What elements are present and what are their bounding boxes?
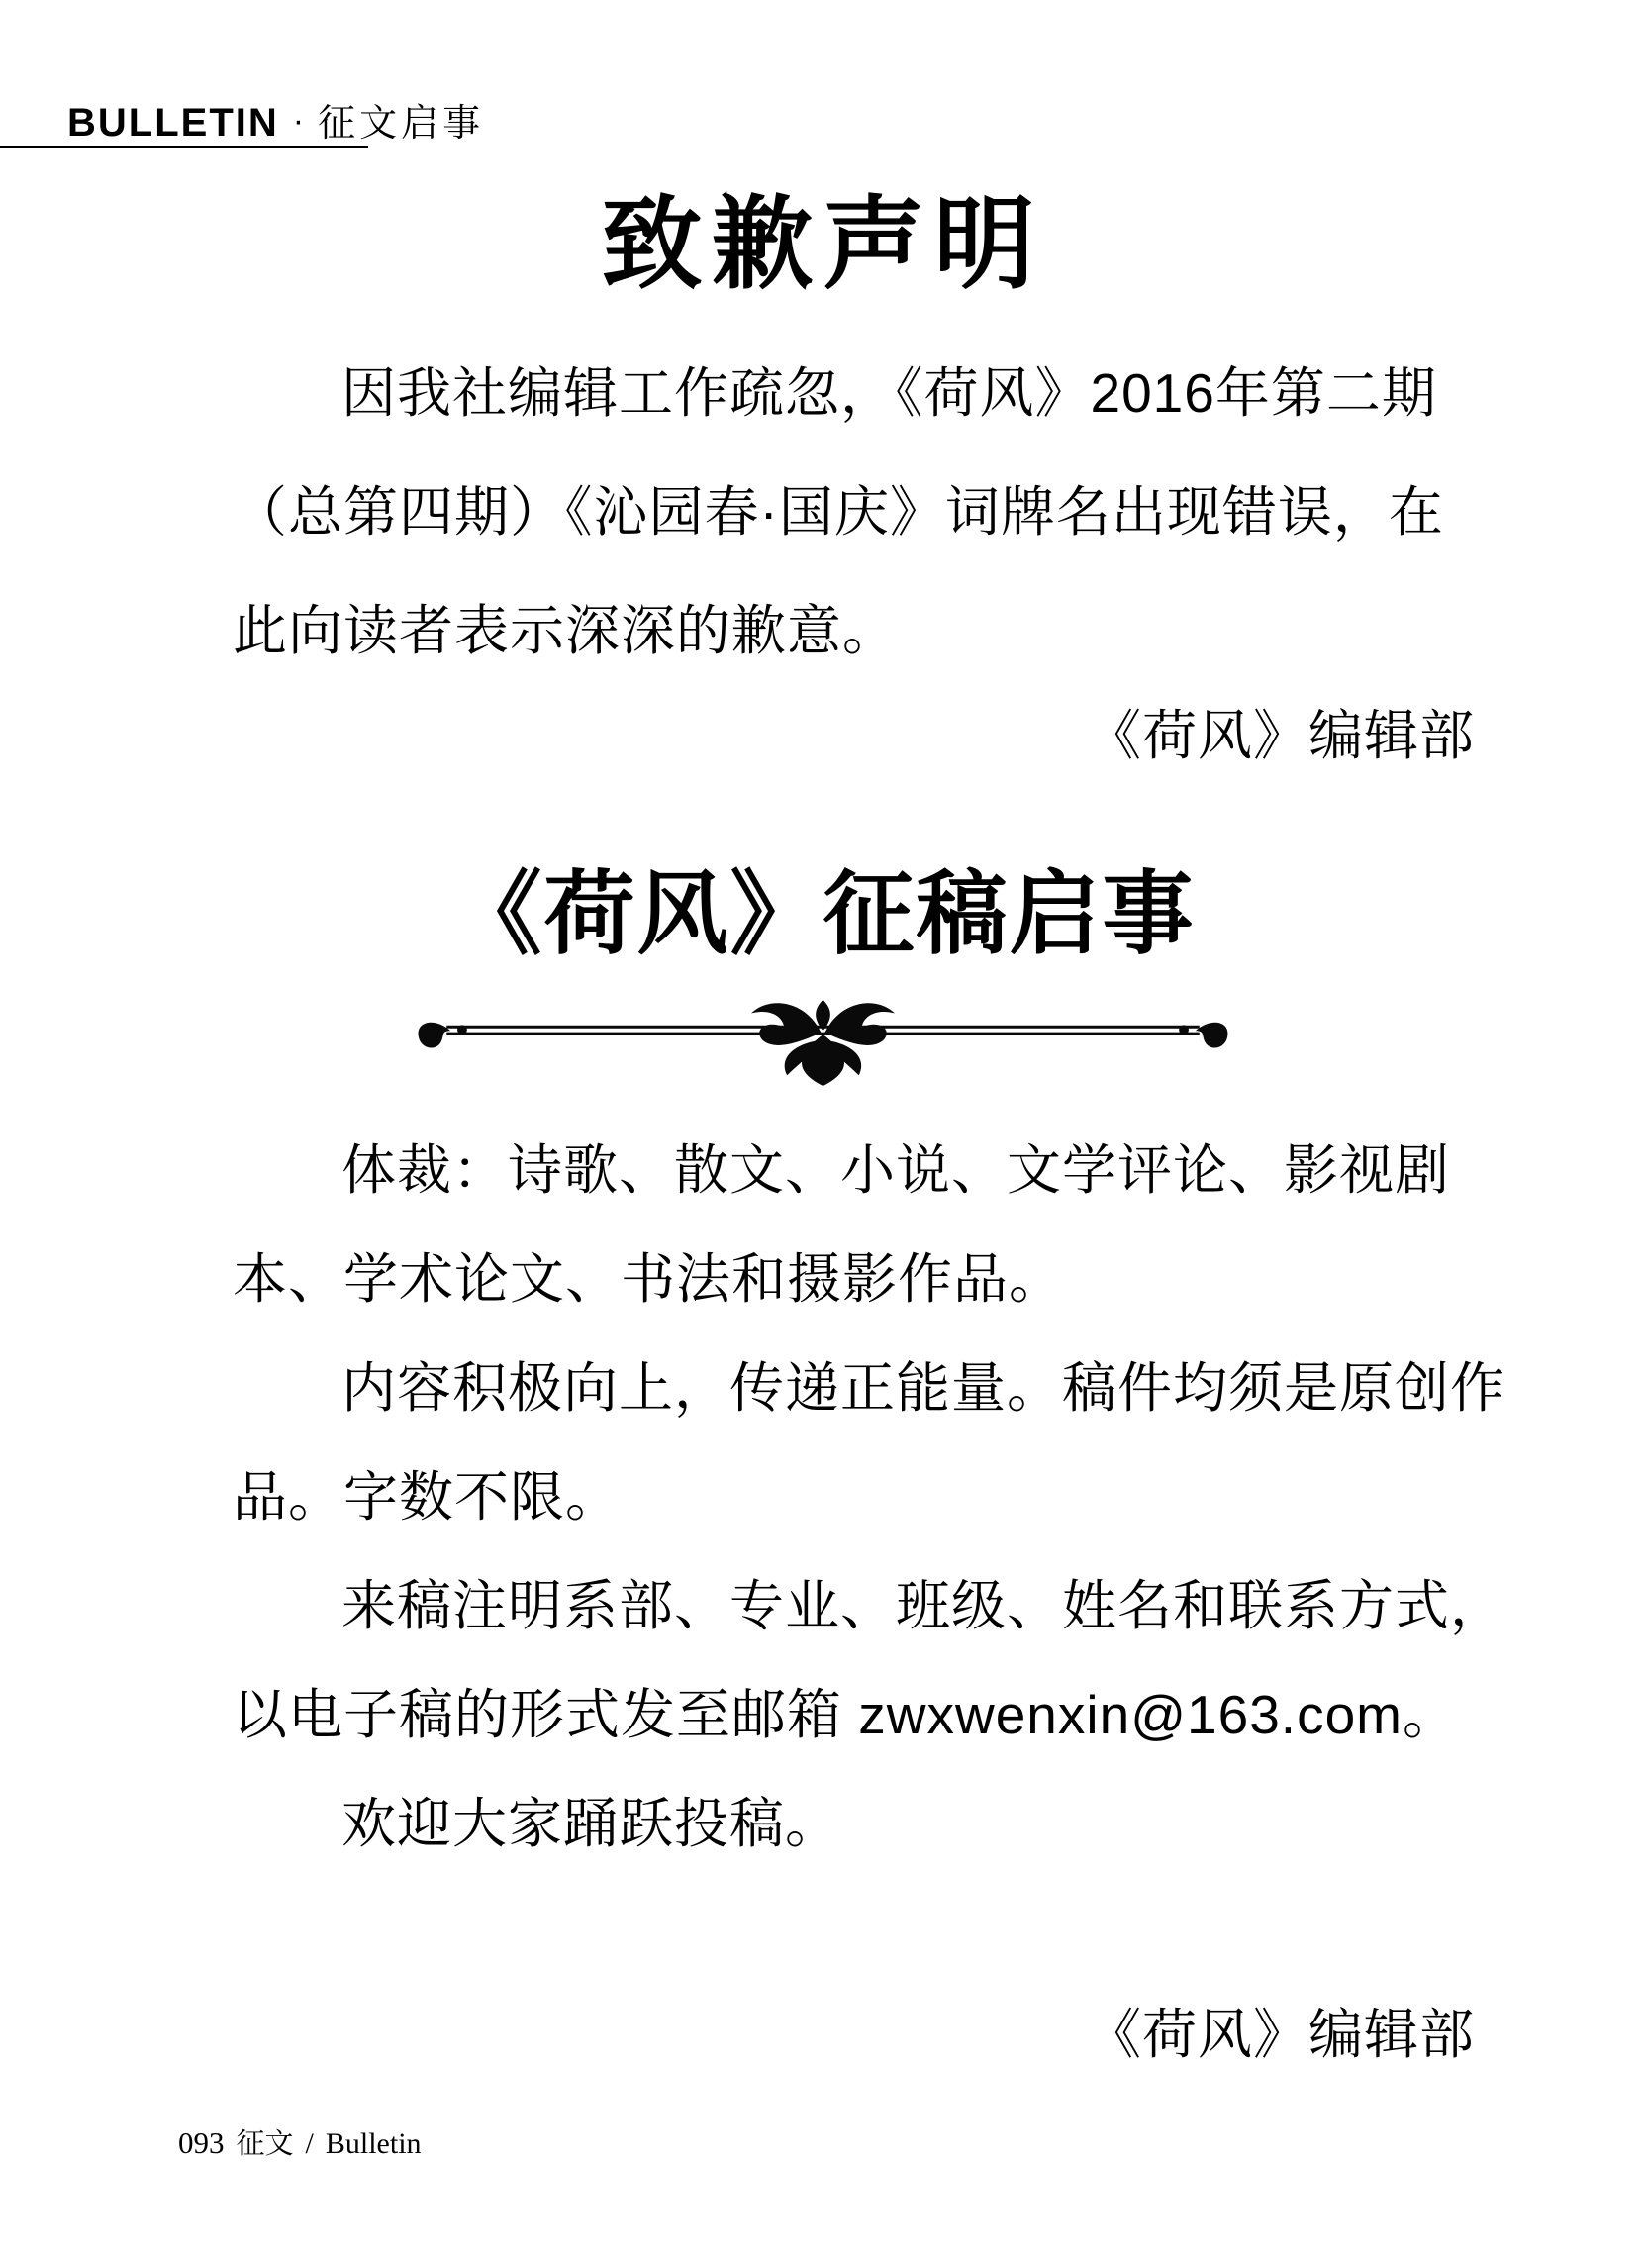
text-line: 欢迎大家踊跃投稿。 — [233, 1764, 1478, 1873]
header-section-cn: 征文启事 — [318, 105, 484, 143]
divider-flourish-icon — [405, 992, 1241, 1089]
call-for-submissions-signature: 《荷风》编辑部 — [233, 1980, 1475, 2089]
apology-title: 致歉声明 — [202, 194, 1444, 295]
header-rule — [0, 146, 368, 148]
text-line: 体裁：诗歌、散文、小说、文学评论、影视剧 — [233, 1111, 1478, 1220]
call-for-submissions-paragraph: 体裁：诗歌、散文、小说、文学评论、影视剧本、学术论文、书法和摄影作品。内容积极向… — [233, 1111, 1478, 1873]
text-line: 来稿注明系部、专业、班级、姓名和联系方式， — [233, 1546, 1478, 1655]
page-header: BULLETIN · 征文启事 — [67, 103, 484, 143]
footer-separator: / — [306, 2126, 314, 2162]
page-footer: 093 征文 / Bulletin — [178, 2124, 422, 2162]
footer-page-number: 093 — [178, 2124, 225, 2161]
apology-paragraph: 因我社编辑工作疏忽，《荷风》2016年第二期（总第四期）《沁园春·国庆》词牌名出… — [233, 329, 1478, 685]
text-line: 本、学术论文、书法和摄影作品。 — [233, 1220, 1478, 1329]
text-line: 内容积极向上，传递正能量。稿件均须是原创作 — [233, 1329, 1478, 1437]
header-section-en: BULLETIN — [67, 103, 279, 143]
ornamental-divider — [202, 992, 1444, 1089]
text-line: 因我社编辑工作疏忽，《荷风》2016年第二期 — [233, 329, 1478, 447]
text-line: 品。字数不限。 — [233, 1437, 1478, 1546]
apology-signature: 《荷风》编辑部 — [233, 681, 1475, 790]
text-line: 以电子稿的形式发至邮箱 zwxwenxin@163.com。 — [233, 1655, 1478, 1764]
text-line: 此向读者表示深深的歉意。 — [233, 566, 1478, 685]
footer-section-cn: 征文 — [237, 2127, 294, 2162]
call-for-submissions-title: 《荷风》征稿启事 — [202, 869, 1444, 960]
header-dot-separator: · — [293, 104, 304, 138]
footer-section-en: Bulletin — [326, 2126, 422, 2162]
bulletin-page: BULLETIN · 征文启事 致歉声明 因我社编辑工作疏忽，《荷风》2016年… — [0, 0, 1646, 2268]
text-line: （总第四期）《沁园春·国庆》词牌名出现错误，在 — [233, 447, 1478, 566]
